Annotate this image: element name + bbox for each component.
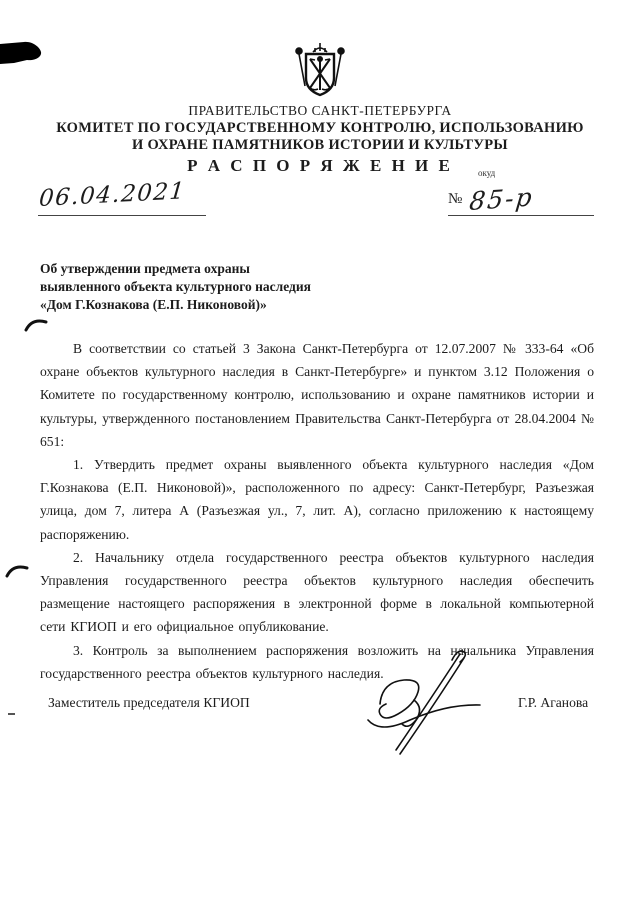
paragraph-item-1: 1. Утвердить предмет охраны выявленного … — [40, 453, 594, 546]
signer-name: Г.Р. Аганова — [518, 695, 588, 711]
scan-artifact-blob-icon — [0, 40, 46, 68]
handwritten-number: 85-р — [468, 182, 535, 216]
paragraph-item-2: 2. Начальнику отдела государственного ре… — [40, 546, 594, 639]
number-sign: № — [448, 191, 462, 207]
committee-name-line1: КОМИТЕТ ПО ГОСУДАРСТВЕННОМУ КОНТРОЛЮ, ИС… — [0, 120, 640, 137]
number-field: №85-р — [448, 182, 594, 216]
handwritten-date: 06.04.2021 — [38, 178, 187, 212]
signer-position-label: Заместитель председателя КГИОП — [48, 695, 250, 711]
title-line-3: «Дом Г.Кознакова (Е.П. Никоновой)» — [40, 296, 460, 314]
government-name: ПРАВИТЕЛЬСТВО САНКТ-ПЕТЕРБУРГА — [0, 103, 640, 119]
document-page: ПРАВИТЕЛЬСТВО САНКТ-ПЕТЕРБУРГА КОМИТЕТ П… — [0, 0, 640, 905]
document-body: В соответствии со статьей 3 Закона Санкт… — [40, 337, 594, 685]
committee-name-line2: И ОХРАНЕ ПАМЯТНИКОВ ИСТОРИИ И КУЛЬТУРЫ — [0, 137, 640, 154]
coat-of-arms-icon — [289, 40, 351, 102]
okud-form-label: окуд — [478, 168, 495, 178]
title-line-1: Об утверждении предмета охраны — [40, 260, 460, 278]
margin-dash-mark — [8, 713, 15, 715]
paragraph-intro: В соответствии со статьей 3 Закона Санкт… — [40, 337, 594, 453]
signature-icon — [352, 642, 487, 757]
date-field: 06.04.2021 — [38, 186, 206, 216]
title-line-2: выявленного объекта культурного наследия — [40, 278, 460, 296]
pen-mark-icon — [24, 314, 50, 336]
document-type-heading: Р А С П О Р Я Ж Е Н И Е — [0, 156, 640, 176]
paragraph-item-3: 3. Контроль за выполнением распоряжения … — [40, 639, 594, 685]
pen-mark-icon — [5, 560, 31, 582]
document-title: Об утверждении предмета охраны выявленно… — [40, 260, 460, 314]
